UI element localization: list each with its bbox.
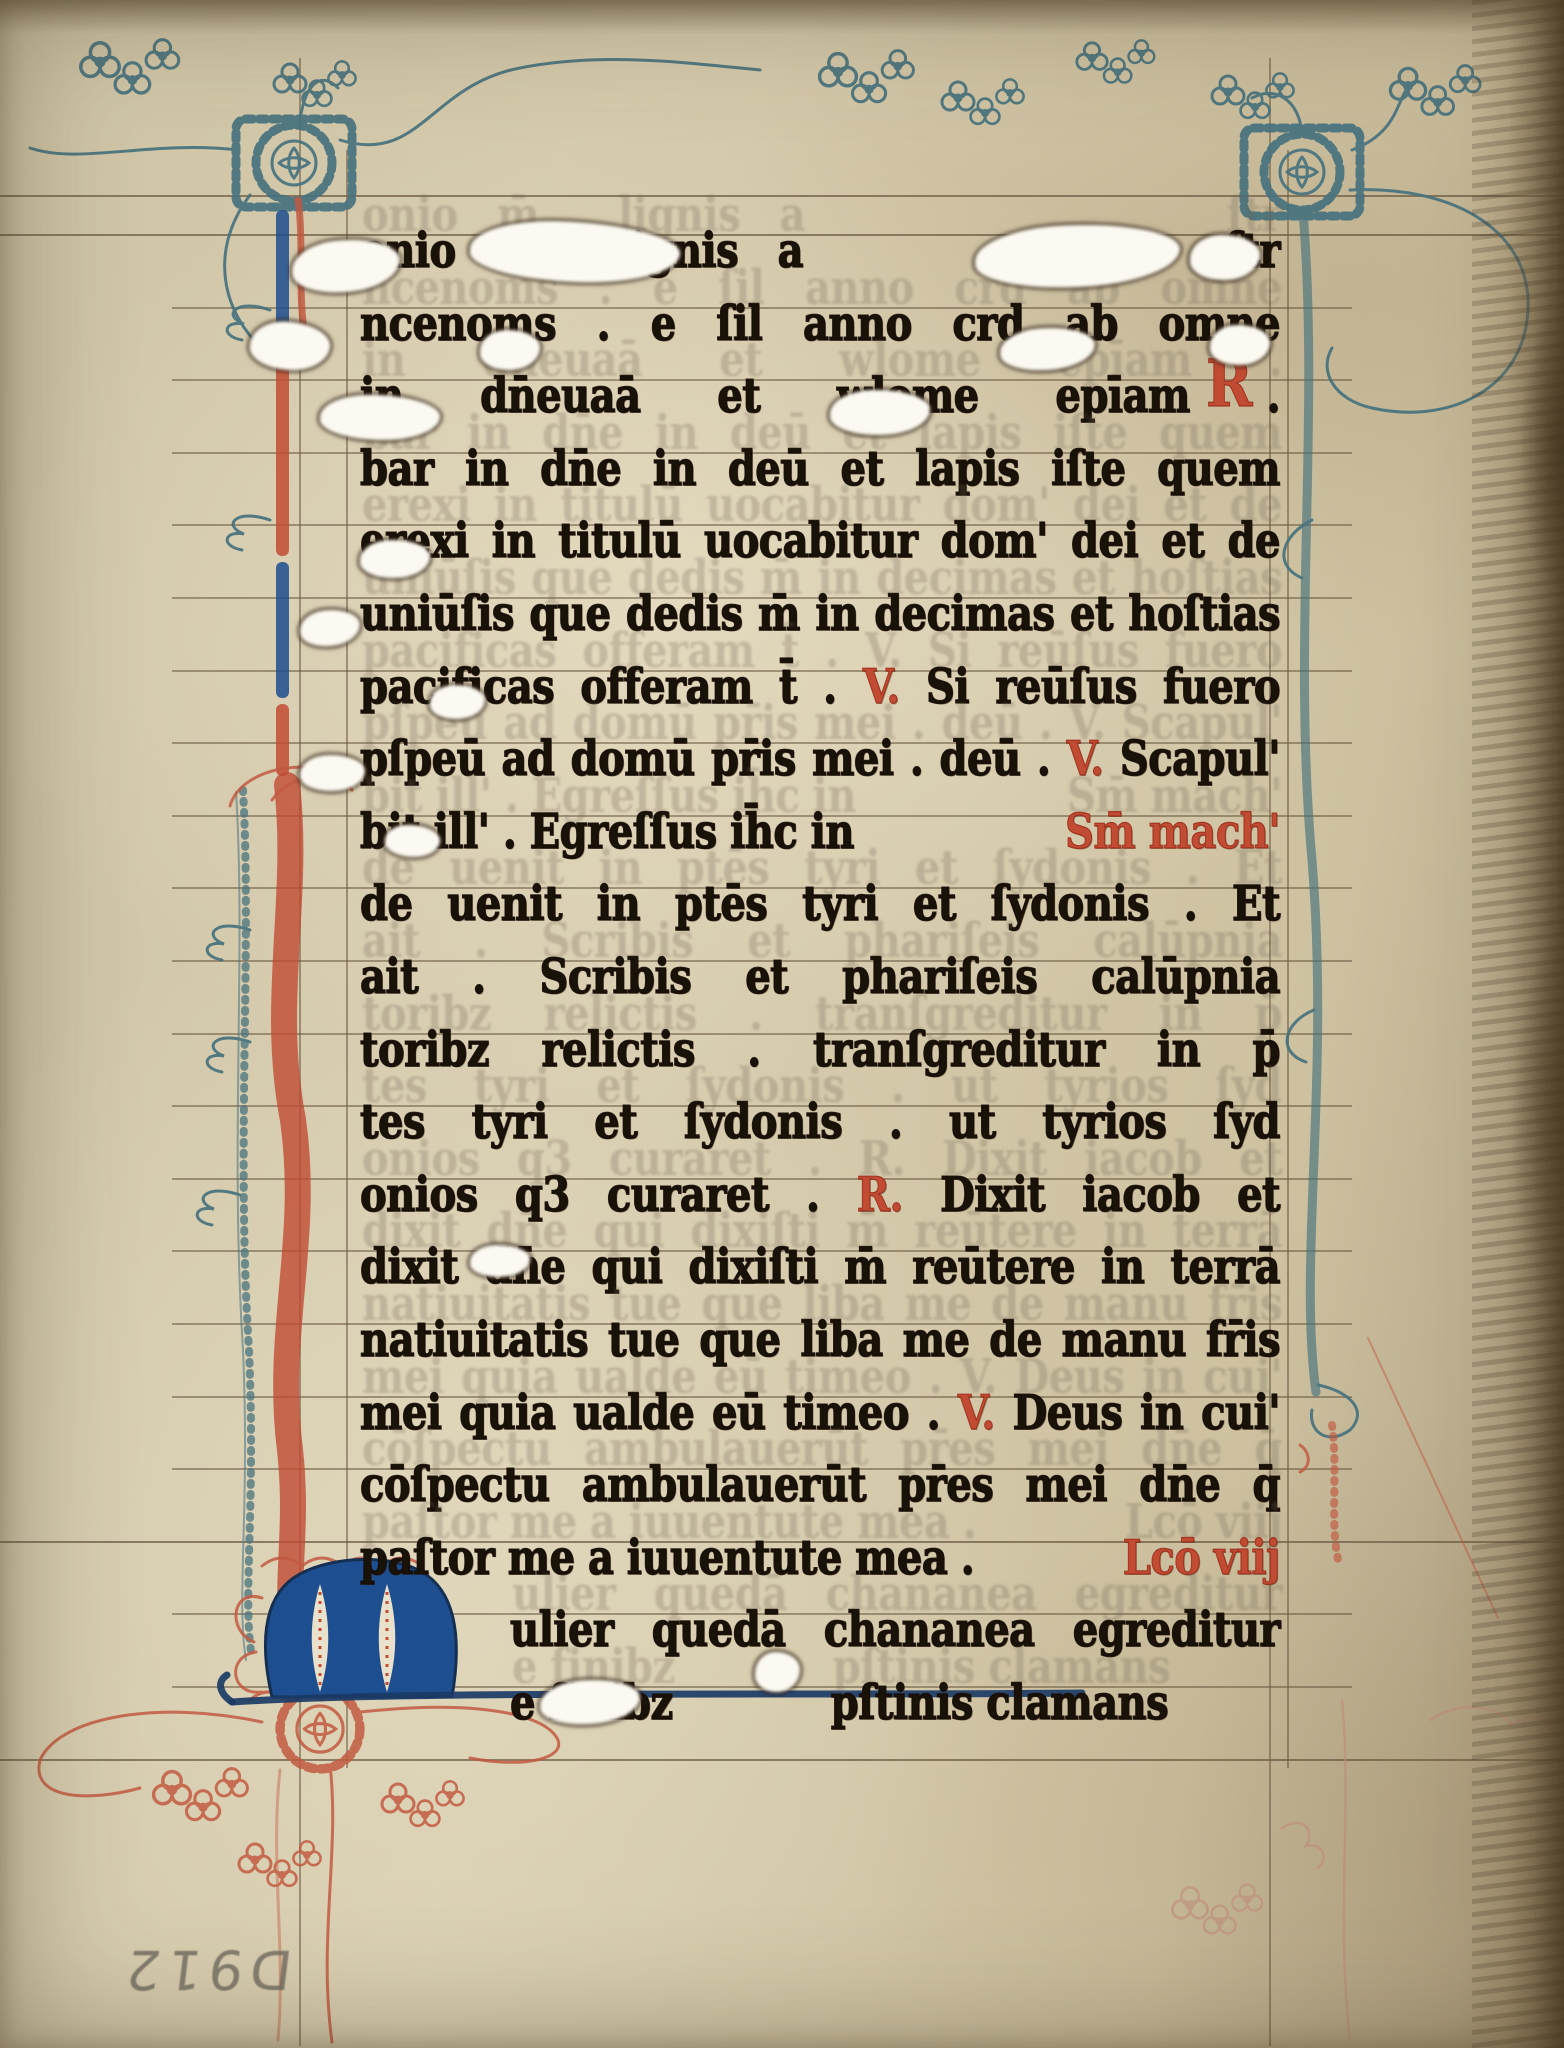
gothic-text: erexi in titulū uocabitur dom' dei et de — [360, 513, 1280, 569]
text-block: onio m̄ lignis a ſtrncenoms . e ſil anno… — [0, 0, 1564, 2048]
page-edge-top — [0, 0, 1564, 34]
rubric-text: V. — [958, 1384, 995, 1440]
gothic-text: pſpeū ad domū pr̄is mei . deū . — [360, 731, 1067, 787]
gothic-text: ulier quedā chananea egreditur — [510, 1602, 1280, 1658]
gothic-text: tes tyri et ſydonis . ut tyrios ſyd — [360, 1094, 1280, 1150]
gothic-text: ait . Scribis et phariſeis calūpnia — [360, 949, 1280, 1005]
gothic-text: in dn̄euaā et wlome epīam . — [360, 368, 1280, 424]
pencil-shelfmark: D912 — [49, 1942, 296, 1996]
rubric-text: Lcō viij — [1123, 1520, 1280, 1597]
gothic-text: natiuitatis tue que liba me de manu fr̄i… — [360, 1312, 1280, 1368]
gothic-text: de uenit in ptēs tyri et ſydonis . Et — [360, 876, 1280, 932]
gothic-text: toribz relictis . tranſgreditur in p̄ — [360, 1021, 1280, 1077]
gothic-text: bar in dn̄e in deū et lapis iſte quem — [360, 440, 1280, 496]
page-edge-right — [1472, 0, 1564, 2048]
rubric-text: Sm̄ mach' — [1065, 794, 1280, 871]
gothic-text: onios q3 curaret . — [360, 1166, 857, 1222]
rubric-text: V. — [1067, 731, 1104, 787]
gothic-text: Deus in cui' — [995, 1384, 1280, 1440]
manuscript-page: onio m̄ lignis a ſtrncenoms . e ſil anno… — [0, 0, 1564, 2048]
gothic-text: Scapul' — [1104, 731, 1280, 787]
gothic-text: paſtor me a iuuentute mea . — [360, 1529, 974, 1585]
rubric-text: V. — [863, 658, 900, 714]
gothic-text: Dixit iacob et — [903, 1166, 1280, 1222]
gothic-text: Si reūſus fuero — [900, 658, 1280, 714]
rubric-text: R. — [857, 1166, 903, 1222]
text-line-21: e finibz pſtinis clamans — [360, 1665, 1280, 1753]
gothic-text: cōſpectu ambulauerūt pr̄es mei dn̄e q̄ — [360, 1457, 1280, 1513]
gothic-text: mei quia ualde eū timeo . — [360, 1384, 958, 1440]
gothic-text: uniūſis que dedis m̄ in decimas et hoſti… — [360, 586, 1280, 642]
